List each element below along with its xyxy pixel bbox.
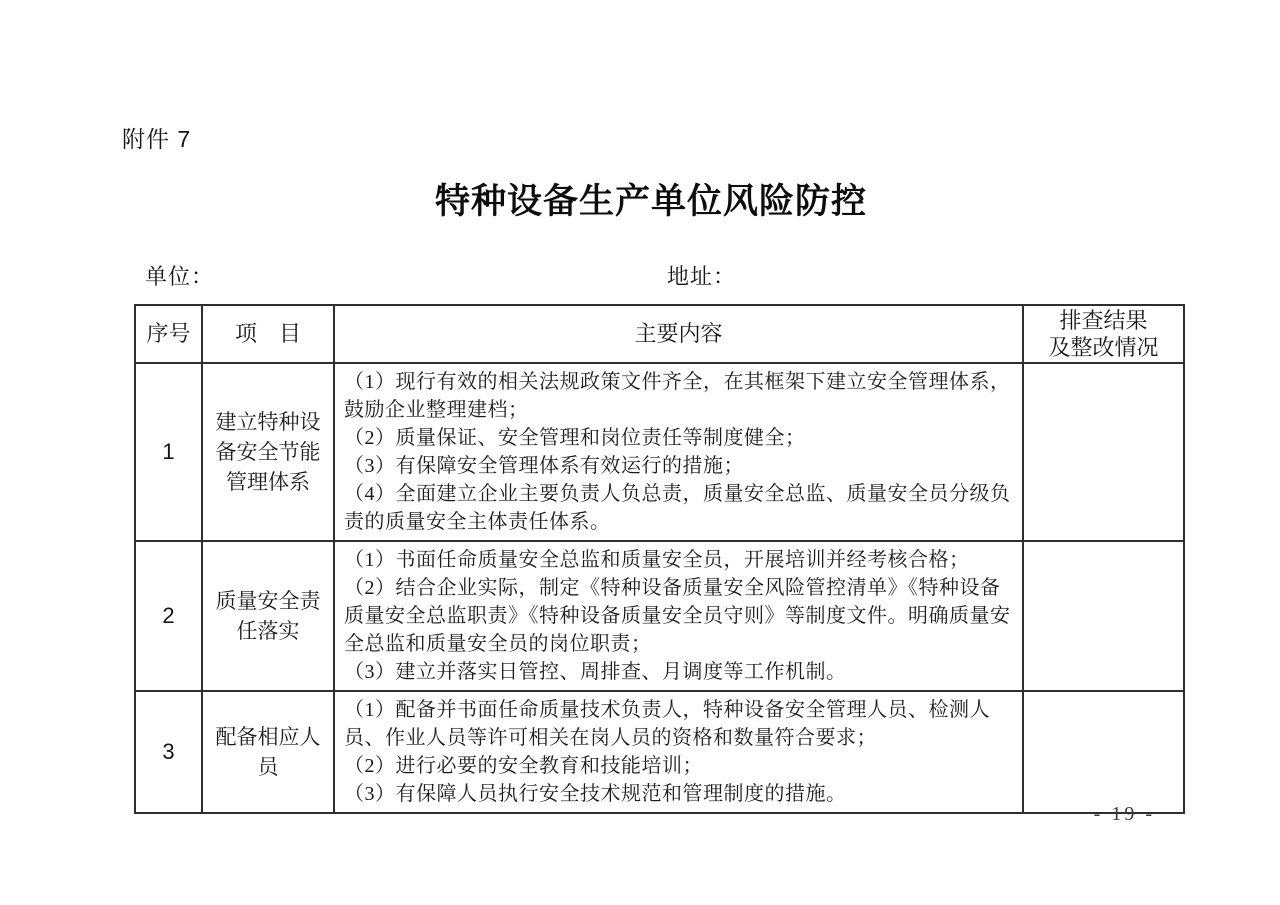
result-cell[interactable]: [1023, 541, 1184, 691]
row-number: 2: [135, 541, 202, 691]
main-content: （1）书面任命质量安全总监和质量安全员，开展培训并经考核合格； （2）结合企业实…: [334, 541, 1023, 691]
column-header-item: 项 目: [202, 305, 334, 363]
page-number: - 19 -: [1094, 803, 1155, 826]
result-cell[interactable]: [1023, 363, 1184, 541]
unit-label: 单位：: [145, 260, 214, 291]
table-row: 1 建立特种设备安全节能管理体系 （1）现行有效的相关法规政策文件齐全，在其框架…: [135, 363, 1184, 541]
address-label: 地址：: [667, 260, 736, 291]
main-content: （1）配备并书面任命质量技术负责人，特种设备安全管理人员、检测人员、作业人员等许…: [334, 691, 1023, 813]
risk-control-table: 序号 项 目 主要内容 排查结果 及整改情况 1 建立特种设备安全节能管理体系 …: [134, 304, 1185, 814]
row-number: 3: [135, 691, 202, 813]
column-header-no: 序号: [135, 305, 202, 363]
item-name: 配备相应人员: [202, 691, 334, 813]
table-row: 3 配备相应人员 （1）配备并书面任命质量技术负责人，特种设备安全管理人员、检测…: [135, 691, 1184, 813]
table-header-row: 序号 项 目 主要内容 排查结果 及整改情况: [135, 305, 1184, 363]
item-name: 建立特种设备安全节能管理体系: [202, 363, 334, 541]
column-header-result: 排查结果 及整改情况: [1023, 305, 1184, 363]
attachment-label: 附件 7: [122, 121, 191, 154]
page-title: 特种设备生产单位风险防控: [0, 184, 1280, 219]
column-header-content: 主要内容: [334, 305, 1023, 363]
main-content: （1）现行有效的相关法规政策文件齐全，在其框架下建立安全管理体系，鼓励企业整理建…: [334, 363, 1023, 541]
document-page: 附件 7 特种设备生产单位风险防控 单位： 地址： 序号 项 目 主要内容 排查…: [0, 0, 1280, 905]
row-number: 1: [135, 363, 202, 541]
item-name: 质量安全责任落实: [202, 541, 334, 691]
result-cell[interactable]: [1023, 691, 1184, 813]
table-row: 2 质量安全责任落实 （1）书面任命质量安全总监和质量安全员，开展培训并经考核合…: [135, 541, 1184, 691]
